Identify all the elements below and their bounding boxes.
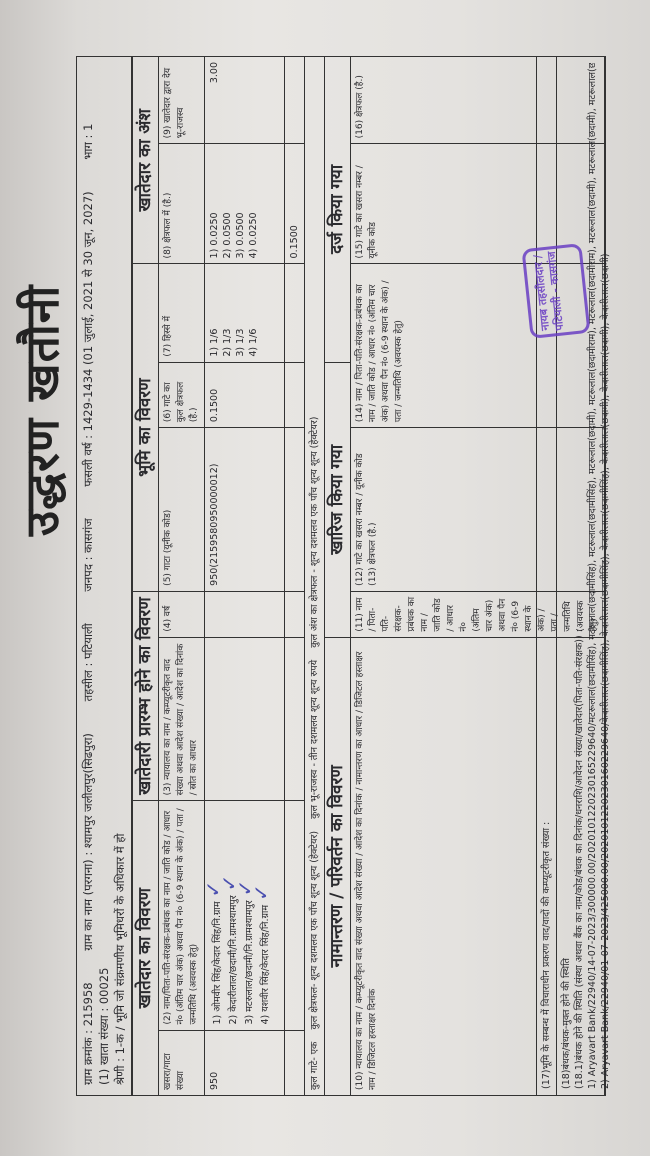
section-khatedari-start: खातेदारी प्रारम्भ होने का विवरण <box>133 591 159 801</box>
share-area-4: 4) 0.0250 <box>247 149 260 258</box>
tehsil: तहसील : पटियाली <box>81 623 95 701</box>
section-mutation: नामान्तरण / परिवर्तन का विवरण <box>325 637 351 1095</box>
mortgage-status: (18)बंधक/बंधक-मुक्त होने की स्थिति <box>560 63 573 1089</box>
share-2: 2) 1/3 <box>221 269 234 356</box>
total-revenue: कुल भू-राजस्व - तीन दशमलव शून्य शून्य रु… <box>309 660 320 819</box>
owners-list: 1) ओमवीर सिंह/केदार सिंह/नि.ग्राम✓ 2) के… <box>205 801 285 1030</box>
col-2-header: (2) नाम/पिता-पति-संरक्षक-प्रबंधक का नाम … <box>159 801 205 1030</box>
totals-row: कुल गाटे- एक कुल क्षेत्रफल- शून्य दशमलव … <box>305 57 325 1096</box>
section-entered: दर्ज किया गया <box>325 57 351 363</box>
table-row: 950 1) ओमवीर सिंह/केदार सिंह/नि.ग्राम✓ 2… <box>205 57 285 1096</box>
share-3: 3) 1/3 <box>234 269 247 356</box>
section-removed: खारिज किया गया <box>325 362 351 637</box>
court-order-cell <box>205 637 285 801</box>
section-land: भूमि का विवरण <box>133 264 159 591</box>
pending-cases: (17)भूमि के सम्बन्ध में विचाराधीन प्रकरण… <box>537 57 557 1095</box>
village-name: ग्राम का नाम (परगना) : श्यामपुर जलीलपुर(… <box>81 733 95 951</box>
header-box: ग्राम क्रमांक : 215958 ग्राम का नाम (परग… <box>76 56 132 1096</box>
fasli-year: फसली वर्ष : 1429-1434 (01 जुलाई, 2021 से… <box>81 191 95 486</box>
footer-box: (17)भूमि के सम्बन्ध में विचाराधीन प्रकरण… <box>536 56 606 1096</box>
share-areas-list: 1) 0.0250 2) 0.0500 3) 0.0500 4) 0.0250 <box>205 144 285 264</box>
col-9-header: (9) खातेदार द्वारा देय भू-राजस्व <box>159 57 205 144</box>
loan-entry-2: 2) Aryavart Bank/22940/01-07-2023/425000… <box>599 63 612 1089</box>
owner-3: 3) मटरुलाल/छदामी/नि.ग्रामश्यामपुर✓ <box>240 806 256 1024</box>
owner-2: 2) केदारीलाल/छदामी/नि.ग्रामश्यामपुर✓ <box>224 806 240 1024</box>
khata-number: (1) खाता संख्या : 00025 <box>97 968 111 1085</box>
category: श्रेणी : 1-क / भूमि जो संक्रमणीय भूमिधरो… <box>113 834 127 1085</box>
section-khatedar: खातेदार का विवरण <box>133 801 159 1096</box>
total-area: कुल क्षेत्रफल- शून्य दशमलव एक पाँच शून्य… <box>309 831 320 1030</box>
total-share-text: कुल अंश का क्षेत्रफल - शून्य दशमलव एक पा… <box>309 417 320 648</box>
col-5-header: (5) गाटा (यूनीक कोड) <box>159 428 205 592</box>
gata-code: 950(2159580950000012) <box>205 428 285 592</box>
document-title: उद्धरण खतौनी <box>10 285 72 536</box>
col-4-header: (4) वर्ष <box>159 591 205 637</box>
land-revenue: 3.00 <box>205 57 285 144</box>
shares-list: 1) 1/6 2) 1/3 3) 1/3 4) 1/6 <box>205 264 285 362</box>
khasra-number: 950 <box>205 1030 285 1095</box>
khatauni-paper: उद्धरण खतौनी ग्राम क्रमांक : 215958 ग्रा… <box>18 26 618 1096</box>
document-sheet: उद्धरण खतौनी ग्राम क्रमांक : 215958 ग्रा… <box>0 0 650 1156</box>
khatauni-table: खातेदार का विवरण खातेदारी प्रारम्भ होने … <box>132 56 605 1096</box>
gata-area: 0.1500 <box>205 362 285 427</box>
col-1-header: खसरा/गाटा संख्या <box>159 1030 205 1095</box>
share-1: 1) 1/6 <box>208 269 221 356</box>
total-gata-count: कुल गाटे- एक <box>309 1042 320 1090</box>
owner-4: 4) यशवीर सिंह/केदार सिंह/नि.ग्राम✓ <box>256 806 272 1024</box>
share-area-2: 2) 0.0500 <box>221 149 234 258</box>
total-share-area: 0.1500 <box>285 144 305 264</box>
official-stamp: नायब तहसीलदार / पटियाली - कासगंज <box>521 243 590 339</box>
loan-entry-1: 1) Aryavart Bank/22940/14-07-2023/300000… <box>586 63 599 1089</box>
share-area-3: 3) 0.0500 <box>234 149 247 258</box>
village-code: ग्राम क्रमांक : 215958 <box>81 982 95 1085</box>
share-4: 4) 1/6 <box>247 269 260 356</box>
mortgage-detail-heading: (18.1)बंधक होने की स्थिति (संस्था अथवा ब… <box>573 63 586 1089</box>
pen-tick-icon: ✓ <box>249 884 273 901</box>
col-8-header: (8) क्षेत्रफल में (है.) <box>159 144 205 264</box>
district: जनपद : कासगंज <box>81 518 95 591</box>
owner-1: 1) ओमवीर सिंह/केदार सिंह/नि.ग्राम✓ <box>208 806 224 1024</box>
part: भाग : 1 <box>81 124 95 160</box>
col-3-header: (3) न्यायालय का नाम / कम्प्यूटरीकृत वाद … <box>159 637 205 801</box>
year-cell <box>205 591 285 637</box>
col-7-header: (7) हिस्से में <box>159 264 205 362</box>
col-6-header: (6) गाटे का कुल क्षेत्रफल (है.) <box>159 362 205 427</box>
section-share: खातेदार का अंश <box>133 57 159 264</box>
share-area-1: 1) 0.0250 <box>208 149 221 258</box>
